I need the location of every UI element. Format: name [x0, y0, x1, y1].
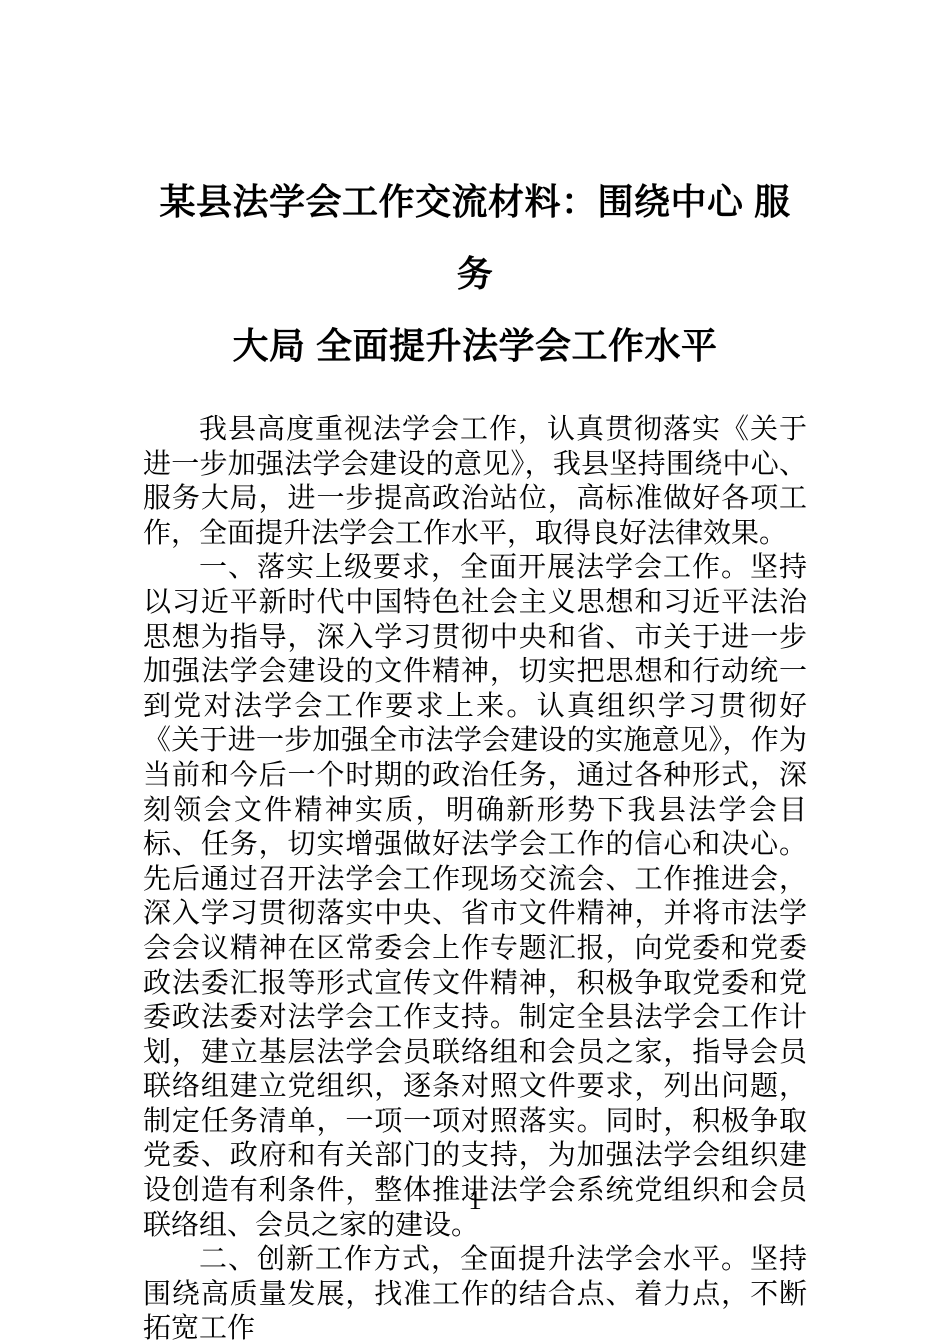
paragraph-section-one: 一、落实上级要求，全面开展法学会工作。坚持以习近平新时代中国特色社会主义思想和习… — [143, 550, 807, 1242]
paragraph-intro: 我县高度重视法学会工作，认真贯彻落实《关于进一步加强法学会建设的意见》，我县坚持… — [143, 412, 807, 550]
document-content: 某县法学会工作交流材料：围绕中心 服务 大局 全面提升法学会工作水平 我县高度重… — [143, 166, 807, 1344]
title-line-1: 某县法学会工作交流材料：围绕中心 服务 — [143, 166, 807, 310]
title-line-2: 大局 全面提升法学会工作水平 — [143, 310, 807, 382]
document-title: 某县法学会工作交流材料：围绕中心 服务 大局 全面提升法学会工作水平 — [143, 166, 807, 382]
document-page: 某县法学会工作交流材料：围绕中心 服务 大局 全面提升法学会工作水平 我县高度重… — [0, 0, 950, 1344]
page-number: 1 — [0, 1185, 950, 1216]
paragraph-section-two: 二、创新工作方式，全面提升法学会水平。坚持围绕高质量发展，找准工作的结合点、着力… — [143, 1242, 807, 1344]
